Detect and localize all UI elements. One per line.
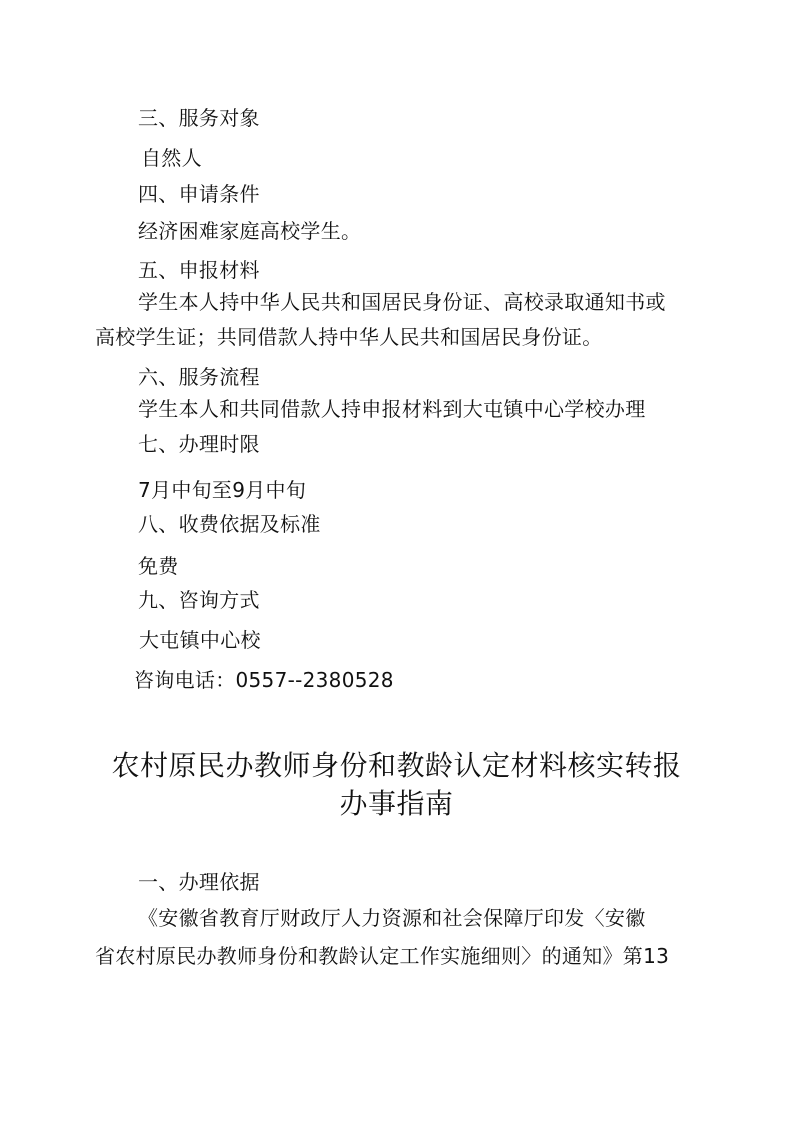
guide-title-line2: 办事指南 [0,786,793,822]
heading-basis: 一、办理依据 [138,870,260,894]
heading-time-limit: 七、办理时限 [138,432,260,456]
content-consultation: 大屯镇中心校 [139,628,261,652]
content-basis-line1: 《安徽省教育厅财政厅人力资源和社会保障厅印发〈安徽 [138,906,646,930]
content-service-process: 学生本人和共同借款人持申报材料到大屯镇中心学校办理 [138,397,646,421]
heading-service-target: 三、服务对象 [138,106,260,130]
content-application-conditions: 经济困难家庭高校学生。 [138,219,361,243]
content-materials-line1: 学生本人持中华人民共和国居民身份证、高校录取通知书或 [138,290,666,314]
content-service-target: 自然人 [141,146,202,170]
content-fees: 免费 [138,554,179,578]
heading-service-process: 六、服务流程 [138,365,260,389]
content-basis-line2: 省农村原民办教师身份和教龄认定工作实施细则〉的通知》第13 [95,944,669,968]
heading-fees: 八、收费依据及标准 [138,512,321,536]
content-time-limit: 7月中旬至9月中旬 [138,478,306,502]
consultation-phone: 咨询电话：0557--2380528 [134,668,394,692]
guide-title-line1: 农村原民办教师身份和教龄认定材料核实转报 [0,748,793,784]
heading-materials: 五、申报材料 [138,258,260,282]
heading-consultation: 九、咨询方式 [138,588,260,612]
heading-application-conditions: 四、申请条件 [138,182,260,206]
content-materials-line2: 高校学生证；共同借款人持中华人民共和国居民身份证。 [95,325,603,349]
